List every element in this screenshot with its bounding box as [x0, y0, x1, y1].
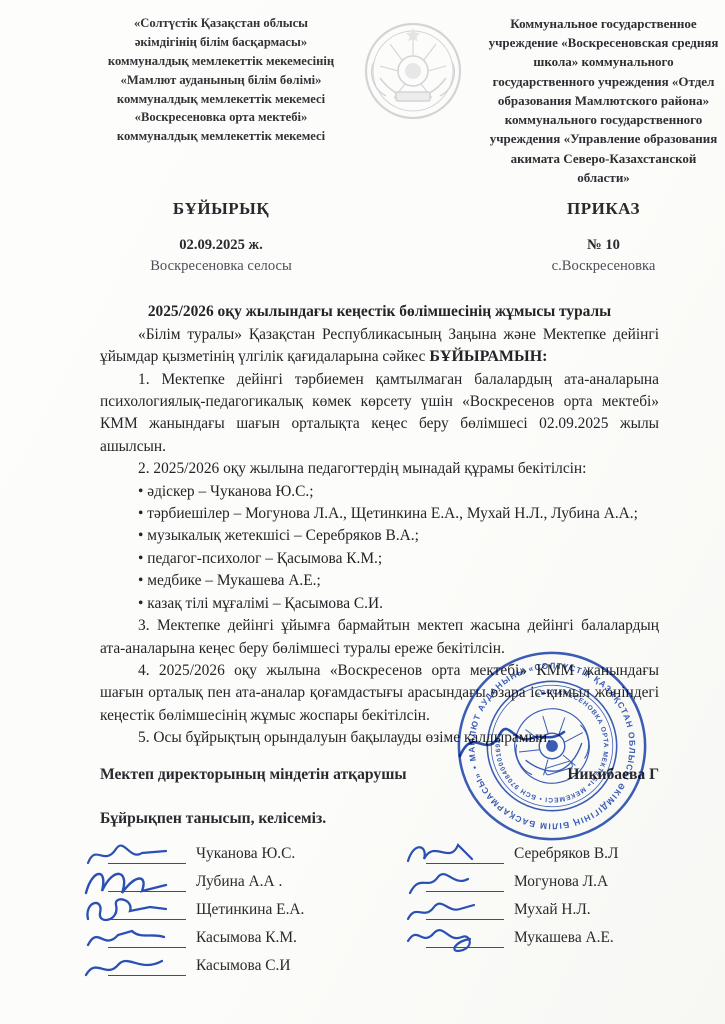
- signer-name: Щетинкина Е.А.: [196, 901, 304, 920]
- order-place-kazakh: Воскресеновка селосы: [104, 256, 338, 277]
- signature-line: [108, 846, 186, 864]
- signature-row: Касымова С.И: [108, 948, 426, 976]
- staff-bullet: • музыкалық жетекшісі – Серебряков В.А.;: [100, 525, 659, 547]
- signer-name: Лубина А.А .: [196, 873, 282, 892]
- staff-bullet: • әдіскер – Чуканова Ю.С.;: [100, 481, 659, 503]
- signature-line: [108, 930, 186, 948]
- director-role: Мектеп директорының міндетін атқарушы: [100, 766, 407, 784]
- signature-row: Щетинкина Е.А.: [108, 892, 426, 920]
- order-date: 02.09.2025 ж.: [104, 235, 338, 256]
- staff-bullet: • медбике – Мукашева А.Е.;: [100, 570, 659, 592]
- signature-row: Лубина А.А .: [108, 864, 426, 892]
- signature-grid: Чуканова Ю.С. Лубина А.А . Щетинкина Е.А…: [108, 836, 685, 976]
- signature-column-left: Чуканова Ю.С. Лубина А.А . Щетинкина Е.А…: [108, 836, 426, 976]
- signer-name: Могунова Л.А: [514, 873, 608, 892]
- signer-name: Мукашева А.Е.: [514, 929, 614, 948]
- order-number: № 10: [488, 235, 719, 256]
- order-title-russian: ПРИКАЗ: [488, 199, 719, 219]
- intro-paragraph: «Білім туралы» Қазақстан Республикасының…: [100, 324, 659, 369]
- signature-line: [426, 930, 504, 948]
- order-heading: БҰЙЫРЫҚ 02.09.2025 ж. Воскресеновка село…: [0, 187, 725, 277]
- signature-line: [426, 902, 504, 920]
- signature-stroke-icon: [82, 951, 178, 983]
- signature-line: [108, 902, 186, 920]
- order-place-russian: с.Воскресеновка: [488, 256, 719, 277]
- signer-name: Касымова К.М.: [196, 929, 297, 948]
- signature-line: [426, 874, 504, 892]
- org-name-russian: Коммунальное государственное учреждение …: [488, 14, 719, 187]
- signature-row: Мухай Н.Л.: [426, 892, 685, 920]
- intro-text: «Білім туралы» Қазақстан Республикасының…: [100, 326, 659, 365]
- emblem-container: [338, 14, 488, 187]
- director-signature-stroke-icon: [452, 716, 572, 768]
- signature-row: Чуканова Ю.С.: [108, 836, 426, 864]
- org-name-kazakh: «Солтүстік Қазақстан облысы әкімдігінің …: [104, 14, 338, 187]
- staff-bullet: • тәрбиешілер – Могунова Л.А., Щетинкина…: [100, 503, 659, 525]
- signer-name: Чуканова Ю.С.: [196, 845, 295, 864]
- signature-line: [108, 958, 186, 976]
- order-item-2: 2. 2025/2026 оқу жылына педагогтердің мы…: [100, 458, 659, 480]
- signature-row: Мукашева А.Е.: [426, 920, 685, 948]
- letterhead: «Солтүстік Қазақстан облысы әкімдігінің …: [0, 0, 725, 187]
- order-item-1: 1. Мектепке дейінгі тәрбиемен қамтылмага…: [100, 369, 659, 459]
- signer-name: Мухай Н.Л.: [514, 901, 591, 920]
- order-subject: 2025/2026 оқу жылындағы кеңестік бөлімше…: [100, 301, 659, 323]
- signature-line: [108, 874, 186, 892]
- staff-bullet: • казақ тілі мұғалімі – Қасымова С.И.: [100, 593, 659, 615]
- signature-row: Могунова Л.А: [426, 864, 685, 892]
- order-title-kazakh: БҰЙЫРЫҚ: [104, 199, 338, 219]
- heading-spacer: [338, 199, 488, 277]
- signature-column-right: Серебряков В.Л Могунова Л.А Мухай Н.Л. М…: [426, 836, 685, 976]
- signature-row: Касымова К.М.: [108, 920, 426, 948]
- signer-name: Касымова С.И: [196, 957, 290, 976]
- staff-bullet: • педагог-психолог – Қасымова К.М.;: [100, 548, 659, 570]
- kazakhstan-emblem-icon: [360, 18, 466, 124]
- intro-resolution-word: БҰЙЫРАМЫН:: [429, 348, 547, 365]
- scanned-order-page: «Солтүстік Қазақстан облысы әкімдігінің …: [0, 0, 725, 1024]
